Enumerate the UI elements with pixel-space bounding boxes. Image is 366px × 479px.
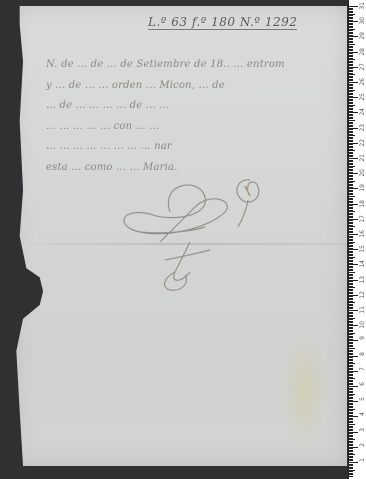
signature-rubric [110,172,280,302]
ruler-label: 5 [359,397,366,401]
ruler-label: 15 [359,245,366,253]
manuscript-line: ... ... ... ... ... ... ... ... nar [46,137,336,158]
ruler-label: 27 [359,63,366,71]
ruler-label: 19 [359,184,366,192]
ruler-label: 30 [359,17,366,25]
manuscript-body: N. de ... de ... de Setiembre de 18.. ..… [46,55,336,178]
ruler-label: 28 [359,48,366,56]
archive-reference: L.º 63 f.º 180 N.º 1292 [148,15,297,30]
ruler-label: 17 [359,215,366,223]
ruler-minor-tick [349,476,353,477]
ruler-label: 4 [359,412,366,416]
ruler-label: 14 [359,260,366,268]
ruler-label: 12 [359,291,366,299]
ruler-label: 25 [359,93,366,101]
manuscript-line: y ... de ... ... orden ... Micon, ... de [46,76,336,97]
paper-stain [280,330,330,450]
ruler-label: 26 [359,78,366,86]
ruler-label: 31 [359,2,366,10]
ruler-label: 10 [359,321,366,329]
manuscript-line: ... ... ... ... ... con ... ... [46,117,336,138]
ruler-label: 23 [359,124,366,132]
ruler-label: 21 [359,154,366,162]
ruler-label: 29 [359,32,366,40]
ruler-label: 22 [359,139,366,147]
ruler-label: 2 [359,443,366,447]
ruler-label: 18 [359,200,366,208]
ruler-label: 9 [359,336,366,340]
ruler-label: 11 [359,306,366,314]
ruler-label: 20 [359,169,366,177]
ruler-label: 16 [359,230,366,238]
ruler-label: 8 [359,352,366,356]
ruler-label: 3 [359,428,366,432]
manuscript-line: ... de ... ... ... ... de ... ... [46,96,336,117]
ruler-label: 7 [359,367,366,371]
ruler-label: 1 [359,458,366,462]
ruler-label: 6 [359,382,366,386]
manuscript-line: N. de ... de ... de Setiembre de 18.. ..… [46,55,336,76]
measurement-ruler: 3130292827262524232221201918171615141312… [348,0,366,479]
ruler-label: 13 [359,276,366,284]
ruler-label: 24 [359,108,366,116]
